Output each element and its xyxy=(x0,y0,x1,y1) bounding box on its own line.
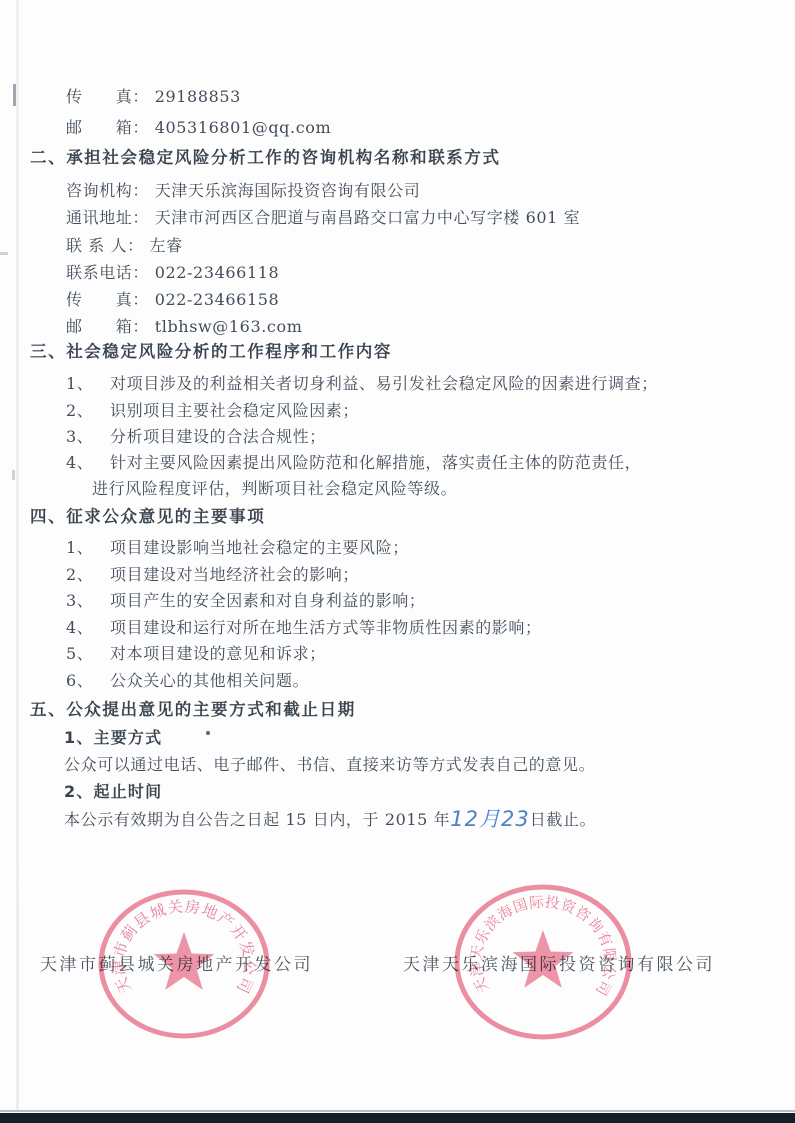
item-text: 对项目涉及的利益相关者切身利益、易引发社会稳定风险的因素进行调查； xyxy=(110,374,658,393)
scan-artifact xyxy=(0,252,8,255)
list-item: 2、项目建设对当地经济社会的影响； xyxy=(66,564,359,586)
item-text: 公众关心的其他相关问题。 xyxy=(110,671,309,690)
item-text: 项目建设影响当地社会稳定的主要风险； xyxy=(110,538,409,557)
item-number: 2、 xyxy=(66,564,110,586)
scan-artifact xyxy=(13,84,16,106)
contact-person-value: 左睿 xyxy=(149,236,182,255)
scan-edge-shadow xyxy=(16,0,19,1112)
phone-row: 联系电话： 022-23466118 xyxy=(66,262,279,284)
scan-artifact xyxy=(12,470,15,480)
list-item: 1、对项目涉及的利益相关者切身利益、易引发社会稳定风险的因素进行调查； xyxy=(66,373,658,395)
company-seal-stamp-right: 天津天乐滨海国际投资咨询有限公司 xyxy=(452,882,634,1043)
section-5-heading: 五、公众提出意见的主要方式和截止日期 xyxy=(30,699,356,721)
list-item: 3、项目产生的安全因素和对自身利益的影响； xyxy=(66,590,425,612)
item-number: 6、 xyxy=(66,670,110,692)
address-row: 通讯地址： 天津市河西区合肥道与南昌路交口富力中心写字楼 601 室 xyxy=(66,207,580,229)
deadline-suffix: 日截止。 xyxy=(530,810,596,829)
scanned-document-page: 传 真： 29188853 邮 箱： 405316801@qq.com 二、承担… xyxy=(0,0,795,1123)
item-number: 3、 xyxy=(66,590,110,612)
email2-row: 邮 箱： tlbhsw@163.com xyxy=(66,316,303,338)
list-item: 4、针对主要风险因素提出风险防范和化解措施，落实责任主体的防范责任， xyxy=(66,452,641,474)
seal-star-icon xyxy=(154,932,215,990)
list-item: 3、分析项目建设的合法合规性； xyxy=(66,426,326,448)
list-item: 5、对本项目建设的意见和诉求； xyxy=(66,643,326,665)
list-item: 6、公众关心的其他相关问题。 xyxy=(66,670,309,692)
consultant-label: 咨询机构： xyxy=(66,180,149,202)
item-text: 项目建设和运行对所在地生活方式等非物质性因素的影响； xyxy=(110,618,542,637)
section-4-heading: 四、征求公众意见的主要事项 xyxy=(30,506,265,528)
scan-bottom-line xyxy=(0,1110,795,1112)
item-text: 分析项目建设的合法合规性； xyxy=(110,427,326,446)
fax-value: 29188853 xyxy=(155,87,241,106)
fax2-row: 传 真： 022-23466158 xyxy=(66,289,279,311)
email-label: 邮 箱： xyxy=(66,117,149,139)
consultant-row: 咨询机构： 天津天乐滨海国际投资咨询有限公司 xyxy=(66,180,420,202)
fax-row: 传 真： 29188853 xyxy=(66,86,241,108)
email2-label: 邮 箱： xyxy=(66,316,149,338)
address-value: 天津市河西区合肥道与南昌路交口富力中心写字楼 601 室 xyxy=(155,208,581,227)
deadline-line: 本公示有效期为自公告之日起 15 日内，于 2015 年12月23日截止。 xyxy=(64,807,596,831)
section-3-heading: 三、社会稳定风险分析的工作程序和工作内容 xyxy=(30,341,392,363)
item-text: 项目产生的安全因素和对自身利益的影响； xyxy=(110,591,425,610)
list-item: 1、项目建设影响当地社会稳定的主要风险； xyxy=(66,537,409,559)
sub1-text: 公众可以通过电话、电子邮件、书信、直接来访等方式发表自己的意见。 xyxy=(64,754,595,776)
item-number: 1、 xyxy=(66,537,110,559)
email-value: 405316801@qq.com xyxy=(155,118,332,137)
contact-person-label: 联 系 人： xyxy=(66,235,144,257)
item-text: 项目建设对当地经济社会的影响； xyxy=(110,565,359,584)
phone-label: 联系电话： xyxy=(66,262,149,284)
item-text: 识别项目主要社会稳定风险因素； xyxy=(110,401,359,420)
fax2-value: 022-23466158 xyxy=(155,290,280,309)
contact-person-row: 联 系 人： 左睿 xyxy=(66,235,183,257)
list-item-continuation: 进行风险程度评估，判断项目社会稳定风险等级。 xyxy=(92,478,457,500)
phone-value: 022-23466118 xyxy=(155,263,280,282)
handwritten-date: 12月23 xyxy=(450,807,529,831)
section-2-heading: 二、承担社会稳定风险分析工作的咨询机构名称和联系方式 xyxy=(30,147,501,169)
address-label: 通讯地址： xyxy=(66,207,149,229)
item-text: 对本项目建设的意见和诉求； xyxy=(110,644,326,663)
list-item: 4、项目建设和运行对所在地生活方式等非物质性因素的影响； xyxy=(66,617,542,639)
item-number: 5、 xyxy=(66,643,110,665)
fax-label: 传 真： xyxy=(66,86,149,108)
deadline-prefix: 本公示有效期为自公告之日起 15 日内，于 2015 年 xyxy=(64,810,450,829)
item-number: 1、 xyxy=(66,373,110,395)
ink-dot-artifact xyxy=(206,731,210,735)
scan-bottom-band xyxy=(0,1113,795,1123)
email-row: 邮 箱： 405316801@qq.com xyxy=(66,117,331,139)
sub2-title: 2、起止时间 xyxy=(64,781,162,803)
list-item: 2、识别项目主要社会稳定风险因素； xyxy=(66,400,359,422)
company-seal-stamp-left: 天津市蓟县城关房地产开发公司 xyxy=(96,887,274,1042)
item-text: 针对主要风险因素提出风险防范和化解措施，落实责任主体的防范责任， xyxy=(110,453,641,472)
item-number: 3、 xyxy=(66,426,110,448)
consultant-value: 天津天乐滨海国际投资咨询有限公司 xyxy=(155,181,421,200)
item-number: 4、 xyxy=(66,452,110,474)
item-number: 2、 xyxy=(66,400,110,422)
fax2-label: 传 真： xyxy=(66,289,149,311)
sub1-title: 1、主要方式 xyxy=(64,727,162,749)
seal-star-icon xyxy=(513,930,574,988)
email2-value: tlbhsw@163.com xyxy=(155,317,303,336)
item-number: 4、 xyxy=(66,617,110,639)
